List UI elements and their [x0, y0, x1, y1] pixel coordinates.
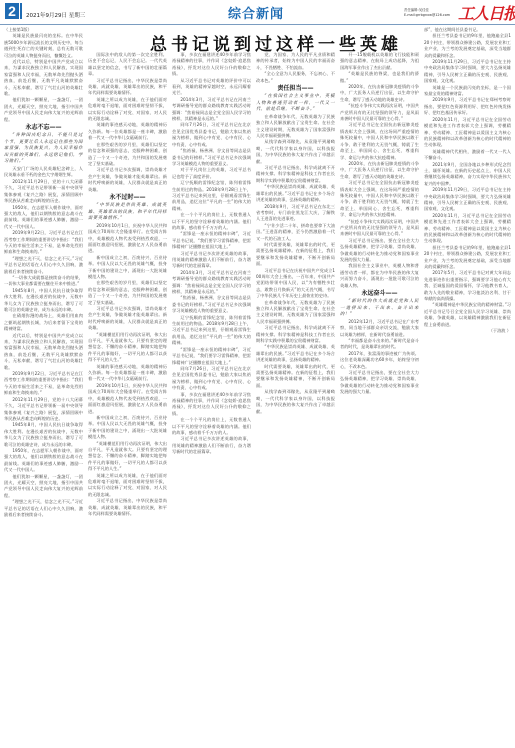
pull-quote: “各种国庆纪念日，不能只是过个节，更要让后人永远记住那些为国家富强，为民族复兴，… — [4, 133, 83, 166]
paragraph: “中华民族是崇尚英雄、成就英雄、英雄辈出的民族。”习近平总书记在多个场合讲述英雄… — [256, 344, 335, 363]
paragraph: 2018年9月，习近平总书记在东北三省考察时，专门前往黑龙江大庆，了解铁人王进喜… — [256, 204, 335, 223]
pull-quote: “在我国社会主义事业中，英模人物和普通劳动者一样，一代又一代，前赴后继，不断奋斗… — [256, 94, 335, 114]
paragraph: “幸福都是奋斗出来的。”新时代是奋斗者的时代，是英雄辈出的时代。 — [340, 338, 419, 351]
paragraph: 习近平总书记指出，科学成就离不开精神支撑。科学家精神是科技工作者在长期科学实践中… — [256, 325, 335, 344]
paragraph: 我国社会主义事业中，英模人物和普通劳动者一样，都在为中华民族的伟大复兴而努力奋斗… — [340, 263, 419, 289]
pull-quote: “中华民族是崇尚英雄、成就英雄、英雄辈出的民族，和平年代同样需要英雄情怀。” — [88, 203, 167, 223]
paragraph: 英雄的事迹感天动地，英雄的精神历久弥新。每一位英雄都是一座丰碑，激励着一代又一代… — [88, 122, 167, 141]
editor-email: E-mail:grrbgnxw@126.com — [404, 13, 450, 18]
paragraph: 1950年，在志愿军入朝作战中，面对强大的敌人，他们以钢铁般的意志战斗在最前线。… — [4, 205, 83, 231]
paragraph: 担任兰考县委书记的9年里，他跑遍全县120个村庄，带领群众修建公路，发展农业和工… — [424, 245, 511, 271]
paragraph: 习近平总书记多次强调，崇尚英雄才会产生英雄，争做英雄才能英雄辈出。新时代呼唤新的… — [88, 306, 167, 332]
paragraph: 他们犹如一颗颗星，一盏盏灯，一团团火，光耀天空，照亮大地，指引中国共产党领导中国… — [4, 97, 83, 123]
paragraph: “理想之光不灭，信念之光不灭。”习近平总书记的话语在人们心中久久回响，激励着后来… — [4, 499, 83, 518]
paragraph: 2017年，张富清的事迹被广为传颂。这位老英雄深藏功名60多年，始终坚守初心，不… — [340, 351, 419, 370]
paragraph: 英雄之所以成为英雄，在于他们面对危难时毫不退缩，面对困难时坚韧不拔，以实际行动诠… — [88, 97, 167, 123]
paragraph: 习近平总书记多次讲述英雄的故事，用英雄的精神激励人们不断前行，奋力谱写新时代的壮… — [172, 436, 251, 455]
author-signature: （于洛波 ） — [424, 328, 511, 334]
page-number-badge: 2 — [5, 3, 19, 19]
paragraph: 习近平总书记指出，科学成就离不开精神支撑。科学家精神是科技工作者在长期科学实践中… — [256, 165, 335, 184]
paragraph: 2012年12月，习近平总书记在广东考察，同当地干部群众亲切交流，勉励大家以英雄… — [340, 319, 419, 338]
paragraph: “雷锋是一座永恒的精神丰碑”，习近平总书记说，“我们要学习雷锋精神，把雷锋精神广… — [172, 231, 251, 250]
paragraph: 事，多次在福建讲述40多年前学习焦裕禄精神的往事，并作词《念奴娇·追思焦裕禄》，… — [172, 392, 251, 418]
subheading-yongbu-guoshi: 永不过时—— — [88, 193, 167, 203]
paragraph: “英雄精神是中华民族宝贵的精神财富。”习近平总书记号召全党全国人民学习英雄、崇尚… — [424, 302, 511, 328]
paragraph: 习近平总书记在全国抗击新冠肺炎疫情表彰大会上强调，在这场同严重疫情的殊死较量中，… — [340, 122, 419, 160]
paragraph: “中华民族是崇尚英雄、成就英雄、英雄辈出的民族。”习近平总书记在多个场合讲述英雄… — [256, 184, 335, 203]
paragraph: 天安门广场的人民英雄纪念碑上，人民英雄永垂不朽的金色大字熠熠生辉。 — [4, 166, 83, 179]
paragraph: 2020年11月，习近平总书记在全国劳动模范和先进工作者表彰大会上强调，劳模精神… — [424, 117, 511, 149]
paragraph: 2019年11月29日，习近平总书记在主持中央政治局集体学习时强调，要大力弘扬英… — [424, 59, 511, 85]
paragraph: 习近平总书记指出，中华民族是崇尚英雄、成就英雄、英雄辈出的民族，和平年代同样需要… — [88, 498, 167, 517]
paragraph: 1950年，在志愿军入朝作战中，面对强大的敌人，他们以钢铁般的意志战斗在最前线。… — [4, 448, 83, 474]
paragraph: “抗疫斗争伟大实践再次证明，中国共产党所具有的无比坚强的领导力，是风雨来袭时中国… — [340, 219, 419, 238]
paragraph: 2019年11月29日，习近平总书记在主持中央政治局集体学习时强调，要大力弘扬英… — [424, 187, 511, 213]
paragraph: 英雄是一个民族最闪亮的坐标，是一个国家最宝贵的精神财富。 — [424, 85, 511, 98]
paragraph: 在革命战争年代，无数英雄为了民族独立和人民解放献出了宝贵生命。在社会主义建设时期… — [256, 114, 335, 140]
paragraph: 英雄精神代代相传，激励着一代又一代人不懈奋斗。 — [424, 149, 511, 162]
newspaper-masthead: 工人日报 — [458, 1, 515, 24]
paragraph: 从钱学森到邓稼先，从袁隆平到屠呦呦，一代代科学家以身许国，以科技报国，为中华民族… — [256, 139, 335, 165]
paragraph: 新中国成立之初，百废待兴，百业待举。中国人民以大无畏的英雄气概，投身于新中国的建… — [88, 255, 167, 281]
paragraph: 从习近平总书记对英雄的评价中可以看到，英雄的精神穿越时空，永远闪耀着光芒。 — [172, 78, 251, 97]
paragraph: 在那些艰苦的岁月里，英雄们以坚定的信念和顽强的意志，克服种种困难，创造了一个又一… — [88, 142, 167, 168]
paragraph: 习近平总书记在庆祝中国共产党成立100周年大会上指出，一百年来，中国共产党团结带… — [256, 268, 335, 300]
paragraph: 习近平总书记指出，要在全社会大力弘扬英雄精神，把学习英雄、崇尚英雄、争做英雄的行… — [340, 238, 419, 264]
paragraph: “抗疫斗争伟大实践再次证明，中国共产党所具有的无比坚强的领导力，是风雨来袭时中国… — [340, 103, 419, 122]
paragraph: 2019年10月1日，庆祝中华人民共和国成立70周年大会隆重举行。在受阅方阵中，… — [88, 223, 167, 255]
paragraph: 在革命战争年代，无数英雄为了民族独立和人民解放献出了宝贵生命。在社会主义建设时期… — [256, 300, 335, 326]
paragraph: 国际法中的敌人的第一次完全胜利。历史不会忘记，人民不会忘记。一代代英雄以坚定的信… — [88, 52, 167, 78]
paragraph: 在一个个平凡的岗位上，无数普通人以不平凡的坚守诠释着英雄的内涵。他们的故事，感动… — [172, 212, 251, 231]
paragraph: 近代以后，特别是中国共产党成立以来，为谋求民族独立和人民解放，实现国家富强和人民… — [4, 333, 83, 371]
paragraph: 新中国成立之初，百废待兴，百业待举。中国人民以大无畏的英雄气概，投身于新中国的建… — [88, 415, 167, 441]
paragraph: 时代需要英雄，英雄辈出的时代，更需要弘扬英雄精神。在新的征程上，我们要继承和发扬… — [256, 242, 335, 268]
page-number-bar — [20, 3, 22, 19]
paragraph: “英雄是民族的脊梁，也是我们的骄傲。” — [340, 71, 419, 84]
paragraph: 英雄的事迹感天动地，英雄的精神历久弥新。每一位英雄都是一座丰碑，激励着一代又一代… — [88, 364, 167, 383]
paragraph: 担任兰考县委书记的9年里，他跑遍全县120个村庄，带领群众修建公路，发展农业和工… — [424, 33, 511, 59]
paragraph: 2012年11月29日，党的十八大闭幕不久，习近平总书记带领新一届中央领导集体参… — [4, 397, 83, 423]
paragraph: 习近平总书记多次讲述英雄的故事，用英雄的精神激励人们不断前行，奋力谱写新时代的壮… — [172, 251, 251, 270]
paragraph: 2019年9月，习近平总书记在郑州考察时指出，要把红色资源利用好、把红色传统发扬… — [424, 97, 511, 116]
article-column-1: （上接第1版） 英雄是民族最闪亮的坐标。在中华民族5000多年源远流长的文明历史… — [4, 27, 83, 745]
paragraph: “宁肯少活二十年，拼命也要拿下大油田。”王进喜的精神，至今仍然激励着一代又一代的… — [256, 223, 335, 242]
subheading-zeren-dandang: 责任担当—— — [256, 84, 335, 94]
paragraph: “一切伟大成就都是接续奋斗的结果，一切伟大事业都需要在继往开来中推进。” — [4, 275, 83, 288]
paragraph: 2014年3月，习近平总书记在河南兰考调研指导党的群众路线教育实践活动时强调：“… — [172, 270, 251, 296]
paragraph: 2020年，在抗击新冠肺炎疫情的斗争中，广大医务人员逆行出征，以生命守护生命，谱… — [340, 161, 419, 180]
paragraph: 2019年9月22日，习近平总书记在江西考察工作期间的重要讲话中指出：“我们今天… — [4, 230, 83, 256]
paragraph: 党、为国家、为人民的平凡业绩和精神的传承者，始终为中国人民的幸福而奋斗，不畏牺牲… — [256, 52, 335, 71]
paragraph: 同年7月26日，习近平总书记在北京会见全国优秀县委书记，勉励大家以焦裕禄为榜样，… — [172, 366, 251, 392]
paragraph: 2020年，在抗击新冠肺炎疫情的斗争中，广大医务人员逆行出征，以生命守护生命，谱… — [340, 84, 419, 103]
paragraph: 在那些艰苦的岁月里，英雄们以坚定的信念和顽强的意志，克服种种困难，创造了一个又一… — [88, 280, 167, 306]
section-title: 综合新闻 — [228, 3, 284, 22]
page-header: 2 2021年9月29日 星期三 综合新闻 责任编辑:吴佳佳 E-mail:gr… — [0, 0, 515, 25]
paragraph: 2020年11月，习近平总书记在全国劳动模范和先进工作者表彰大会上强调，劳模精神… — [424, 213, 511, 245]
paragraph: 开一15舰载机以英雄的飞行技能和顽强的意志精神，在航母上成功起降，为祖国海军事业… — [340, 52, 419, 71]
paragraph: 2019年9月22日，习近平总书记在江西考察工作期间的重要讲话中指出：“我们今天… — [4, 371, 83, 397]
paragraph: 英雄是民族最闪亮的坐标。在中华民族5000多年源远流长的文明历史中，每当遇到生死… — [4, 33, 83, 59]
paragraph: “焦裕禄、杨善洲、谷文昌等同志是县委书记的好榜样。”习近平总书记多次强调学习英雄… — [172, 148, 251, 167]
issue-date: 2021年9月29日 星期三 — [26, 11, 85, 19]
paragraph: 2012年11月29日，党的十八大闭幕不久，习近平总书记带领新一届中央领导集体参… — [4, 179, 83, 205]
paragraph: 近代以后，特别是中国共产党成立以来，为谋求民族独立和人民解放，实现国家富强和人民… — [4, 59, 83, 97]
paragraph: 2014年3月，习近平总书记在河南兰考调研指导党的群众路线教育实践活动时强调：“… — [172, 97, 251, 123]
paragraph: 2019年10月1日，庆祝中华人民共和国成立70周年大会隆重举行。在受阅方阵中，… — [88, 383, 167, 415]
subheading-yongyuan-fendou: 永远奋斗—— — [340, 289, 419, 299]
paragraph: “英雄模范们用行动再次证明，伟大出自平凡，平凡造就伟大。只要有坚定的理想信念、不… — [88, 332, 167, 364]
article-column-3: 事，多次在福建讲述40多年前学习焦裕禄精神的往事，并作词《念奴娇·追思焦裕禄》，… — [172, 52, 251, 745]
paragraph: 辽宁抚顺的雷锋纪念馆，陈列着雷锋生前用过的物品。2018年9月28日上午，习近平… — [172, 180, 251, 212]
paragraph: 1945年8月，中国人民抗日战争取得伟大胜利。在漫长艰苦的抗战中，无数中华儿女为… — [4, 422, 83, 448]
article-column-6: 部”，他在这期间任县委书记。 担任兰考县委书记的9年里，他跑遍全县120个村庄，… — [424, 27, 511, 745]
paragraph: 习近平总书记指出，要在全社会大力弘扬英雄精神，把学习英雄、崇尚英雄、争做英雄的行… — [340, 370, 419, 396]
paragraph: “雷锋是一座永恒的精神丰碑”，习近平总书记说，“我们要学习雷锋精神，把雷锋精神广… — [172, 347, 251, 366]
paragraph: 辽宁抚顺的雷锋纪念馆，陈列着雷锋生前用过的物品。2018年9月28日上午，习近平… — [172, 315, 251, 347]
editor-contact: 责任编辑:吴佳佳 E-mail:grrbgnxw@126.com — [404, 8, 450, 17]
paragraph: “理想之光不灭，信念之光不灭。”习近平总书记的话语在人们心中久久回响，激励着后来… — [4, 256, 83, 275]
paragraph: 2017年5月，习近平总书记对黄大年同志先进事迹作出重要指示，强调要学习他心有大… — [424, 270, 511, 302]
paragraph: 他们犹如一颗颗星，一盏盏灯，一团团火，光耀天空，照亮大地，指引中国共产党领导中国… — [4, 474, 83, 500]
pull-quote: “新时代的伟大成就是党和人民一道拼出来、干出来、奋斗出来的！” — [340, 299, 419, 319]
paragraph: 同年7月26日，习近平总书记在北京会见全国优秀县委书记，勉励大家以焦裕禄为榜样，… — [172, 122, 251, 148]
paragraph: 习近平总书记指出，中华民族是崇尚英雄、成就英雄、英雄辈出的民族，和平年代同样需要… — [88, 78, 167, 97]
article-column-4: 党、为国家、为人民的平凡业绩和精神的传承者，始终为中国人民的幸福而奋斗，不畏牺牲… — [256, 52, 335, 745]
paragraph: 1945年8月，中国人民抗日战争取得伟大胜利。在漫长艰苦的抗战中，无数中华儿女为… — [4, 288, 83, 314]
subheading-yongzhi-buwang: 永志不忘—— — [4, 123, 83, 133]
article-column-2: 国际法中的敌人的第一次完全胜利。历史不会忘记，人民不会忘记。一代代英雄以坚定的信… — [88, 52, 167, 745]
paragraph: 英雄之所以成为英雄，在于他们面对危难时毫不退缩，面对困难时坚韧不拔，以实际行动诠… — [88, 473, 167, 499]
paragraph: 习近平总书记在全国抗击新冠肺炎疫情表彰大会上强调，在这场同严重疫情的殊死较量中，… — [340, 180, 419, 218]
paragraph: 习近平总书记多次强调，崇尚英雄才会产生英雄，争做英雄才能英雄辈出。新时代呼唤新的… — [88, 167, 167, 193]
paragraph: “英雄模范们用行动再次证明，伟大出自平凡，平凡造就伟大。只要有坚定的理想信念、不… — [88, 441, 167, 473]
paragraph: “焦裕禄、杨善洲、谷文昌等同志是县委书记的好榜样。”习近平总书记多次强调学习英雄… — [172, 295, 251, 314]
paragraph: 从钱学森到邓稼先，从袁隆平到屠呦呦，一代代科学家以身许国，以科技报国，为中华民族… — [256, 389, 335, 415]
paragraph: “全心全意为人民服务，不忘初心、不改本色。” — [256, 71, 335, 84]
paragraph: 时代需要英雄，英雄辈出的时代，更需要弘扬英雄精神。在新的征程上，我们要继承和发扬… — [256, 364, 335, 390]
paragraph: 在一个个平凡的岗位上，无数普通人以不平凡的坚守诠释着英雄的内涵。他们的故事，感动… — [172, 417, 251, 436]
paragraph: 事，多次在福建讲述40多年前学习焦裕禄精神的往事，并作词《念奴娇·追思焦裕禄》，… — [172, 52, 251, 78]
paragraph: 2021年9月，全国各地以多种形式纪念烈士，缅怀英雄。在新的历史起点上，中国人民… — [424, 162, 511, 188]
paragraph: 在硝烟弥漫的战场上，英雄们用血肉之躯筑起钢铁长城，为后来者留下宝贵的精神财富。 — [4, 313, 83, 332]
paragraph: 对于平凡岗位上的英雄，习近平总书记也给予了高度评价。 — [172, 167, 251, 180]
article-column-5: 开一15舰载机以英雄的飞行技能和顽强的意志精神，在航母上成功起降，为祖国海军事业… — [340, 52, 419, 745]
